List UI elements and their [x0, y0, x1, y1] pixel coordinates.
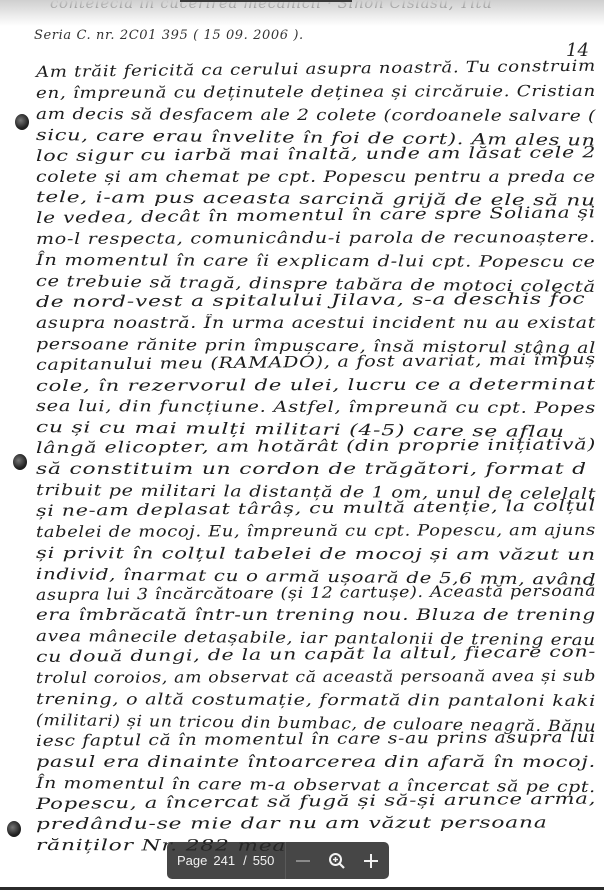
handwritten-line: loc sigur cu iarbă mai înaltă, unde am l…	[36, 143, 596, 165]
page-label: Page	[177, 853, 207, 868]
page-toolbar: Page 241 / 550	[167, 842, 389, 879]
current-page-number[interactable]: 241	[213, 853, 235, 868]
handwritten-line: le vedea, decât în momentul în care spre…	[36, 204, 596, 228]
plus-icon	[362, 852, 380, 870]
handwritten-line: era îmbrăcată într-un trening nou. Bluza…	[36, 606, 596, 624]
header-line: Seria C. nr. 2C01 395 ( 15 09. 2006 ).	[34, 28, 304, 43]
handwritten-line: cole, în rezervorul de ulei, lucru ce a …	[36, 375, 596, 395]
handwritten-line: asupra lui 3 încărcătoare (și 12 cartușe…	[36, 581, 596, 603]
handwritten-line: trening, o altă costumație, formată din …	[36, 690, 596, 710]
top-edge-bar	[180, 0, 352, 2]
handwritten-line: asupra noastră. În urma acestui incident…	[36, 314, 596, 332]
handwritten-line: trolul coroios, am observat că această p…	[36, 667, 596, 687]
handwritten-line: tabelei de mocoj. Eu, împreună cu cpt. P…	[36, 521, 596, 541]
pdf-viewer: contelecia în cucerirea mecanicii · Sino…	[0, 0, 604, 890]
punch-hole	[13, 454, 27, 470]
punch-hole	[15, 114, 29, 130]
handwritten-line: am decis să desfacem ale 2 colete (cordo…	[36, 105, 596, 125]
handwritten-line: să constituim un cordon de trăgători, fo…	[36, 460, 587, 478]
handwritten-line: și privit în colțul tabelei de mocoj și …	[36, 544, 596, 564]
zoom-fit-button[interactable]	[320, 842, 354, 879]
zoom-in-button[interactable]	[354, 842, 388, 879]
handwritten-line: și ne-am deplasat târâș, cu multă atenți…	[36, 496, 596, 520]
handwritten-line: cu două dungi, de la un capăt la altul, …	[36, 643, 596, 667]
handwritten-line: În momentul în care îi explicam d-lui cp…	[36, 251, 596, 271]
punch-hole	[7, 821, 21, 837]
handwritten-line: mo-l respecta, comunicându-i parola de r…	[36, 228, 596, 248]
handwritten-line: iesc faptul că în momentul în care s-au …	[36, 728, 596, 750]
zoom-out-button[interactable]	[286, 842, 320, 879]
handwritten-line: predându-se mie dar nu am văzut persoana	[36, 814, 548, 834]
page-indicator: Page 241 / 550	[167, 853, 285, 868]
handwritten-line: pasul era dinainte întoarcerea din afară…	[36, 753, 596, 771]
handwritten-line: lângă elicopter, am hotărât (din proprie…	[36, 435, 596, 457]
handwritten-line: en, împreună cu deținutele deținea și ci…	[36, 82, 596, 102]
handwritten-line: Am trăit fericită ca cerului asupra noas…	[36, 57, 596, 81]
handwritten-line: sea lui, din funcțiune. Astfel, împreună…	[36, 397, 596, 417]
page-separator: /	[243, 853, 247, 868]
handwritten-line: colete și am chemat pe cpt. Popescu pent…	[36, 168, 596, 186]
scanned-page: contelecia în cucerirea mecanicii · Sino…	[0, 0, 604, 890]
handwritten-line: de nord-vest a spitalului Jilava, s-a de…	[36, 289, 586, 310]
total-pages: 550	[253, 853, 275, 868]
magnifier-icon	[328, 852, 346, 870]
minus-icon	[294, 852, 312, 870]
